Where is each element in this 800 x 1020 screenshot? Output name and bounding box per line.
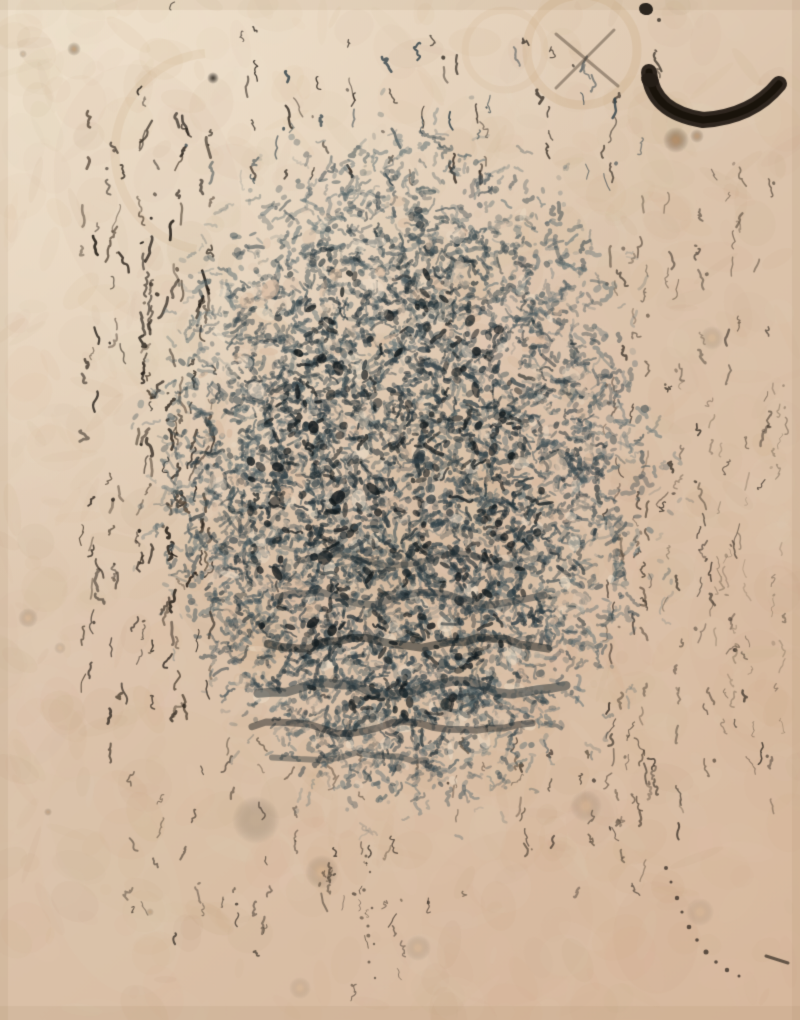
scanned-manuscript-page (0, 0, 800, 1020)
manuscript-canvas (0, 0, 800, 1020)
